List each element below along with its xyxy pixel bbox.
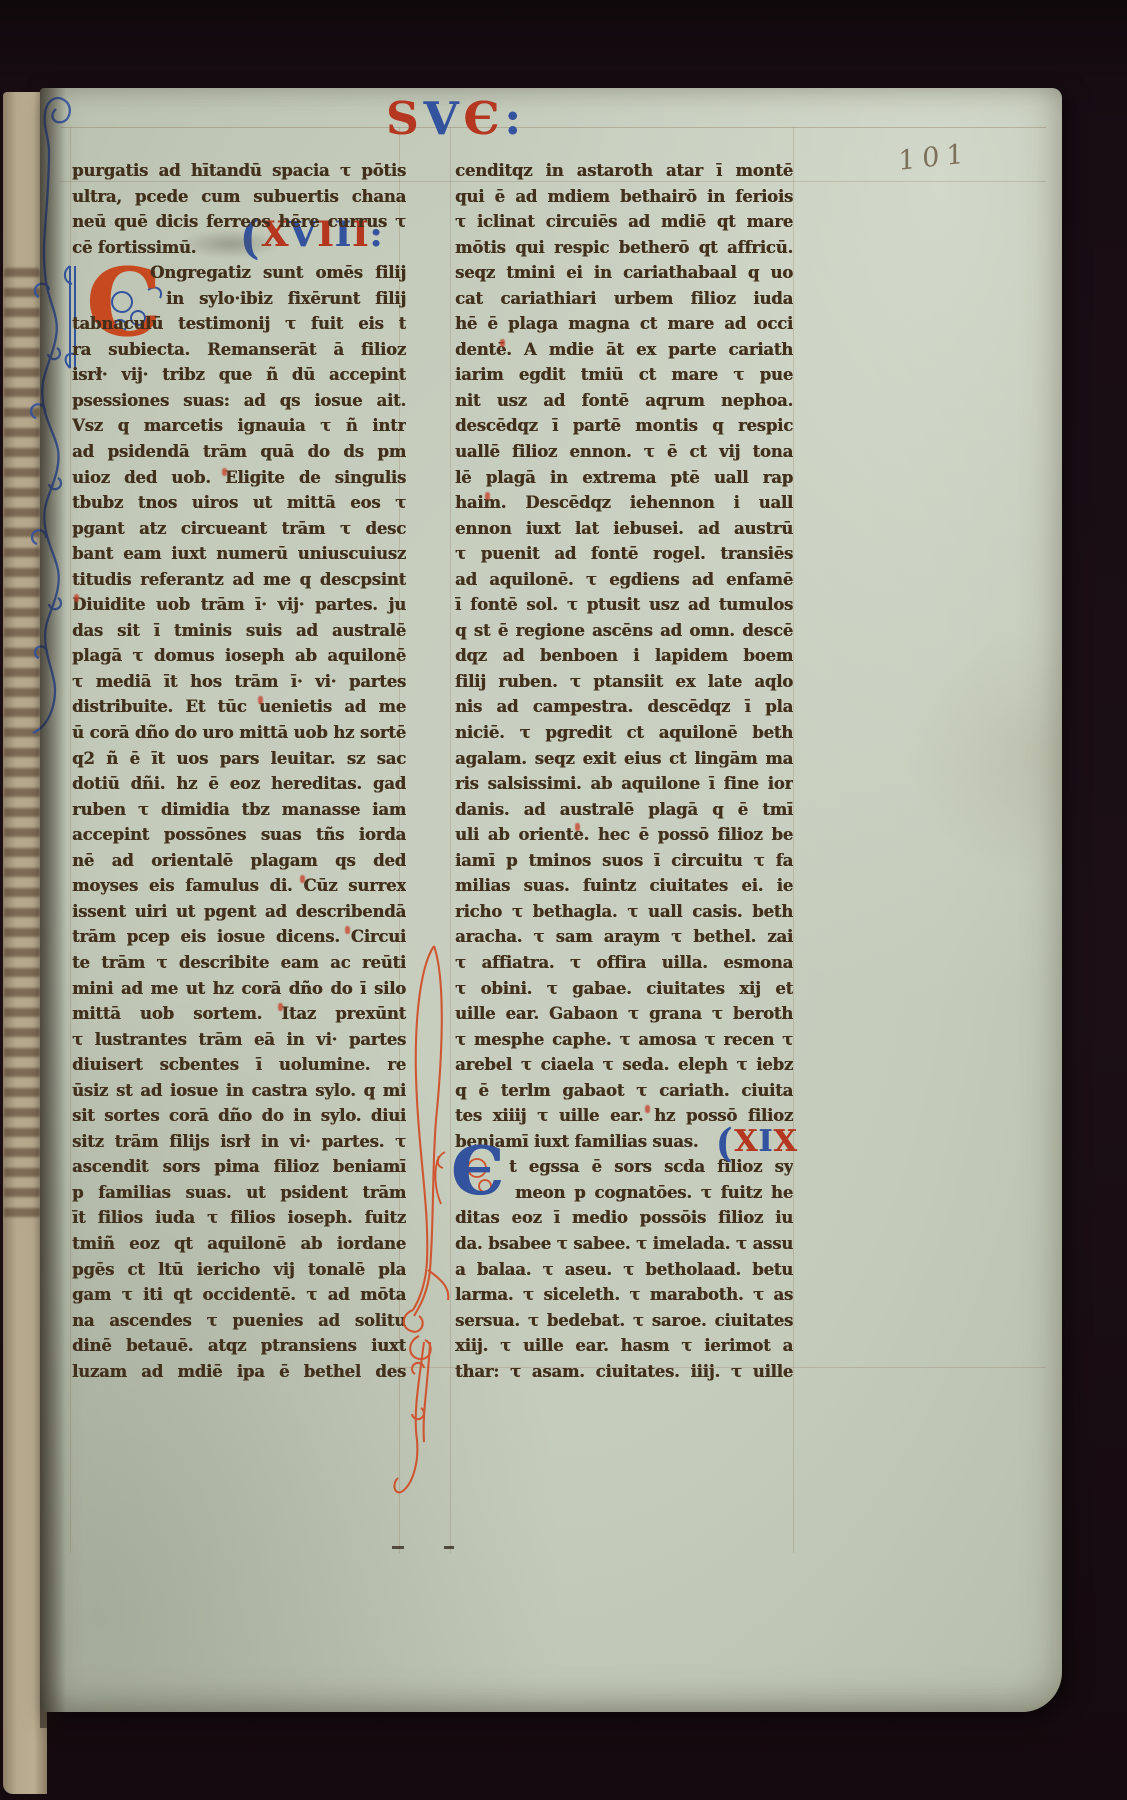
manuscript-text-line: uille ear. Gabaon τ grana τ beroth [455, 1001, 793, 1027]
manuscript-text-line: ūsiz st ad iosue in castra sylo. q mi [72, 1078, 406, 1104]
rubric-touch [345, 926, 350, 934]
colored-letter: X [734, 1124, 758, 1159]
manuscript-text-line: milias suas. fuintz ciuitates ei. ie [455, 873, 793, 899]
manuscript-text-line: sersua. τ bedebat. τ saroe. ciuitates [455, 1308, 793, 1334]
colored-letter: X [773, 1124, 797, 1159]
manuscript-text-line: lē plagā in extrema ptē uall rap [455, 465, 793, 491]
manuscript-text-line: ū corā dño do uro mittā uob hz sortē [72, 720, 406, 746]
ruling-line [450, 127, 451, 1553]
manuscript-text-line: xiij. τ uille ear. hasm τ ierimot a [455, 1333, 793, 1359]
manuscript-text-line: seqz tmini ei in cariathabaal q uo [455, 260, 793, 286]
manuscript-text-line: q ē terlm gabaot τ cariath. ciuita [455, 1078, 793, 1104]
manuscript-text-line: cē fortissimū. [72, 235, 406, 261]
manuscript-text-line: agalam. seqz exit eius ct lingām ma [455, 746, 793, 772]
manuscript-text-line: sitz trām filijs isrł in vi· partes. τ [72, 1129, 406, 1155]
manuscript-text-line: luzam ad mdiē ipa ē bethel des [72, 1359, 406, 1385]
manuscript-text-line: ad psidendā trām quā do ds pm [72, 439, 406, 465]
manuscript-text-line: isrł· vij· tribz que ñ dū accepint [72, 362, 406, 388]
manuscript-text-line: in sylo·ibiz fixērunt filij isrł [72, 286, 406, 312]
facing-page-text-blur [4, 268, 40, 1224]
manuscript-text-line: accepint possōnes suas tñs iorda [72, 822, 406, 848]
initial-E: Є [433, 1146, 529, 1216]
manuscript-text-line: titudis referantz ad me q descpsint [72, 567, 406, 593]
chapter-heading-xix: ( XIX [716, 1124, 798, 1164]
rubric-touch [500, 339, 505, 347]
manuscript-text-line: na ascendes τ puenies ad solitu [72, 1308, 406, 1334]
manuscript-text-line: arebel τ ciaela τ seda. eleph τ iebz [455, 1052, 793, 1078]
manuscript-text-line: q st ē regione ascēns ad omn. descē [455, 618, 793, 644]
rubric-touch [222, 468, 227, 476]
manuscript-text-line: qui ē ad mdiem bethairō in feriois [455, 184, 793, 210]
manuscript-text-line: dotiū dñi. hz ē eoz hereditas. gad aūt [72, 771, 406, 797]
manuscript-text-line: trām pcep eis iosue dicens. Circui [72, 924, 406, 950]
manuscript-text-line: uli ab oriente. hec ē possō filioz be [455, 822, 793, 848]
manuscript-text-line: a balaa. τ aseu. τ betholaad. betu [455, 1257, 793, 1283]
manuscript-text-line: haim. Descēdqz iehennon i uall [455, 490, 793, 516]
manuscript-text-line: τ iclinat circuiēs ad mdiē qt mare [455, 209, 793, 235]
manuscript-text-line: dentē. A mdie āt ex parte cariath [455, 337, 793, 363]
manuscript-text-line: neū quē dicis ferreos hēre currus τ [72, 209, 406, 235]
ruling-tick [392, 1546, 404, 1549]
manuscript-text-line: moyses eis famulus di. Cūz surrex [72, 873, 406, 899]
manuscript-text-line: plagā τ domus ioseph ab aquilonē [72, 643, 406, 669]
manuscript-text-line: nit usz ad fontē aqrum nephoa. [455, 388, 793, 414]
manuscript-text-line: dinē betauē. atqz ptransiens iuxt [72, 1333, 406, 1359]
manuscript-text-line: Diuidite uob trām ī· vij· partes. ju [72, 592, 406, 618]
ruling-line [793, 127, 794, 1553]
manuscript-text-line: pgēs ct ltū iericho vij tonalē pla [72, 1257, 406, 1283]
manuscript-text-line: uioz ded uob. Eligite de singulis [72, 465, 406, 491]
rubric-touch [258, 696, 263, 704]
manuscript-text-line: larma. τ siceleth. τ maraboth. τ as [455, 1282, 793, 1308]
manuscript-text-line: cenditqz in astaroth atar ī montē [455, 158, 793, 184]
manuscript-page: SVЄ: 101 [40, 88, 1062, 1712]
manuscript-text-line: te trām τ describite eam ac reūti [72, 950, 406, 976]
manuscript-text-line: ī fontē sol. τ ptusit usz ad tumulos [455, 592, 793, 618]
manuscript-text-line: sit sortes corā dño do in sylo. diui [72, 1103, 406, 1129]
manuscript-text-line: pgant atz circueant trām τ desc [72, 516, 406, 542]
rubric-touch [300, 875, 305, 883]
manuscript-text-line: ris salsissimi. ab aquilone ī fine ior [455, 771, 793, 797]
manuscript-text-line: gam τ iti qt occidentē. τ ad mōta [72, 1282, 406, 1308]
manuscript-text-line: diuisert scbentes ī uolumine. re [72, 1052, 406, 1078]
manuscript-text-line: ultra, pcede cum subuertis chana [72, 184, 406, 210]
manuscript-text-line: ad aquilonē. τ egdiens ad enfamē [455, 567, 793, 593]
manuscript-text-line: iamī p tminos suos ī circuitu τ fa [455, 848, 793, 874]
manuscript-text-line: τ mediā īt hos trām ī· vi· partes [72, 669, 406, 695]
manuscript-text-line: psessiones suas: ad qs iosue ait. [72, 388, 406, 414]
manuscript-text-line: dqz ad benboen i lapidem boem [455, 643, 793, 669]
colored-letter: : [504, 92, 526, 145]
manuscript-text-line: ascendit sors pima filioz beniamī [72, 1154, 406, 1180]
manuscript-text-line: ra subiecta. Remanserāt ā filioz [72, 337, 406, 363]
colored-letter: Є [463, 92, 504, 145]
manuscript-text-line: τ puenit ad fontē rogel. transiēs [455, 541, 793, 567]
rubric-touch [74, 594, 79, 602]
rubric-touch [485, 492, 490, 500]
colored-letter: V [424, 92, 464, 145]
manuscript-text-line: filij ruben. τ ptansiit ex late aqlo [455, 669, 793, 695]
photo-background: SVЄ: 101 [0, 0, 1127, 1800]
rubric-touch [278, 1003, 283, 1011]
manuscript-text-line: das sit ī tminis suis ad australē [72, 618, 406, 644]
manuscript-text-line: danis. ad australē plagā q ē tmī [455, 797, 793, 823]
colored-letter: S [386, 92, 424, 145]
manuscript-text-line: mittā uob sortem. Itaz prexūnt [72, 1001, 406, 1027]
manuscript-text-line: da. bsabee τ sabee. τ imelada. τ assu [455, 1231, 793, 1257]
manuscript-text-line: nis ad campestra. descēdqz ī pla [455, 694, 793, 720]
manuscript-text-line: Vsz q marcetis ignauia τ ñ intr [72, 413, 406, 439]
manuscript-text-line: ruben τ dimidia tbz manasse iam [72, 797, 406, 823]
folio-number: 101 [898, 138, 970, 177]
ruling-tick [444, 1546, 454, 1549]
initial-E-letter: Є [451, 1138, 504, 1204]
manuscript-text-line: purgatis ad hītandū spacia τ pōtis [72, 158, 406, 184]
manuscript-text-line: uallē filioz ennon. τ ē ct vij tona [455, 439, 793, 465]
manuscript-text-line: nē ad orientalē plagam qs ded [72, 848, 406, 874]
manuscript-text-line: tbubz tnos uiros ut mittā eos τ [72, 490, 406, 516]
manuscript-text-line: cat cariathiari urbem filioz iuda [455, 286, 793, 312]
manuscript-text-line: p familias suas. ut psident trām [72, 1180, 406, 1206]
manuscript-text-line: richo τ bethagla. τ uall casis. beth [455, 899, 793, 925]
manuscript-text-line: mōtis qui respic betherō qt affricū. [455, 235, 793, 261]
manuscript-text-line: tabnaculū testimonij τ fuit eis t [72, 311, 406, 337]
rubric-touch [575, 823, 580, 831]
manuscript-text-line: τ affiatra. τ offira uilla. esmona [455, 950, 793, 976]
manuscript-text-line: Ongregatiz sunt omēs filij isrł [72, 260, 406, 286]
manuscript-text-line: τ obini. τ gabae. ciuitates xij et [455, 976, 793, 1002]
manuscript-text-line: iarim egdit tmiū ct mare τ pue [455, 362, 793, 388]
colored-letter: I [758, 1124, 773, 1159]
ruling-line [60, 127, 1046, 128]
manuscript-text-line: niciē. τ pgredit ct aquilonē beth [455, 720, 793, 746]
running-title: SVЄ: [386, 92, 526, 145]
manuscript-text-line: aracha. τ sam araym τ bethel. zai [455, 924, 793, 950]
manuscript-text-line: bant eam iuxt numerū uniuscuiusz ml [72, 541, 406, 567]
manuscript-text-line: thar: τ asam. ciuitates. iiij. τ uille [455, 1359, 793, 1385]
manuscript-text-line: distribuite. Et tūc uenietis ad me [72, 694, 406, 720]
manuscript-text-line: īt filios iuda τ filios ioseph. fuitz [72, 1205, 406, 1231]
paraph-mark: ( [716, 1121, 733, 1167]
manuscript-text-line: issent uiri ut pgent ad describendā [72, 899, 406, 925]
manuscript-text-line: mini ad me ut hz corā dño do ī silo [72, 976, 406, 1002]
manuscript-text-line: hē ē plaga magna ct mare ad occi [455, 311, 793, 337]
manuscript-text-line: descēdqz ī partē montis q respic [455, 413, 793, 439]
manuscript-text-line: tmiñ eoz qt aquilonē ab iordane [72, 1231, 406, 1257]
manuscript-text-line: q2 ñ ē īt uos pars leuitar. sz sac [72, 746, 406, 772]
chapter-numeral: XIX [734, 1124, 798, 1159]
manuscript-text-line: τ lustrantes trām eā in vi· partes [72, 1027, 406, 1053]
manuscript-text-line: τ mesphe caphe. τ amosa τ recen τ [455, 1027, 793, 1053]
text-column-left: purgatis ad hītandū spacia τ pōtisultra,… [72, 158, 406, 1384]
rubric-touch [645, 1105, 650, 1113]
manuscript-text-line: ennon iuxt lat iebusei. ad austrū [455, 516, 793, 542]
